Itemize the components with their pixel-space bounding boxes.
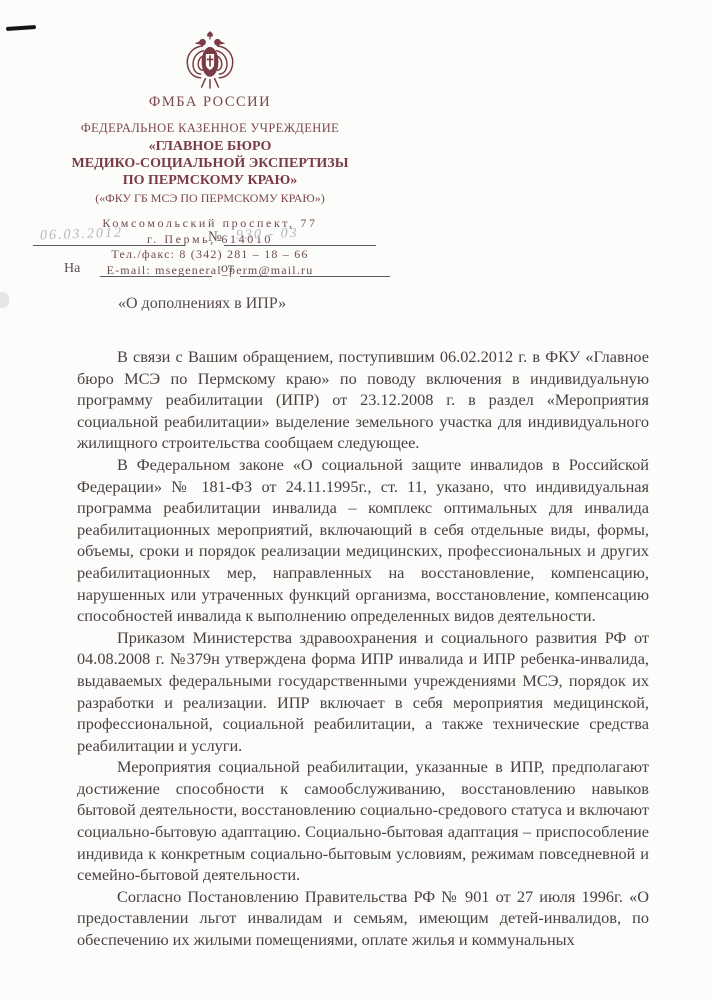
org-abbreviation: («ФКУ ГБ МСЭ ПО ПЕРМСКОМУ КРАЮ») (28, 191, 392, 206)
org-short-name: ФМБА РОССИИ (28, 94, 392, 111)
phone-fax: Тел./факс: 8 (342) 281 – 18 – 66 (28, 247, 392, 263)
paragraph-4: Мероприятия социальной реабилитации, ука… (77, 756, 649, 886)
scanned-letter-page: ФМБА РОССИИ ФЕДЕРАЛЬНОЕ КАЗЕННОЕ УЧРЕЖДЕ… (0, 0, 712, 1000)
paragraph-2: В Федеральном законе «О социальной защит… (77, 454, 649, 627)
handwritten-date: 06.03.2012 (40, 226, 124, 245)
reply-date-underline (240, 276, 390, 277)
org-address-block: Комсомольский проспект, 77 г. Пермь, 614… (28, 216, 392, 278)
org-name: «ГЛАВНОЕ БЮРО МЕДИКО-СОЦИАЛЬНОЙ ЭКСПЕРТИ… (28, 138, 392, 189)
letter-body: В связи с Вашим обращением, поступившим … (77, 346, 649, 951)
fmba-double-headed-eagle-icon (182, 30, 238, 90)
paragraph-1: В связи с Вашим обращением, поступившим … (77, 346, 649, 454)
paragraph-3: Приказом Министерства здравоохранения и … (77, 627, 649, 757)
org-type: ФЕДЕРАЛЬНОЕ КАЗЕННОЕ УЧРЕЖДЕНИЕ (28, 121, 392, 136)
org-name-line2: МЕДИКО-СОЦИАЛЬНОЙ ЭКСПЕРТИЗЫ (28, 155, 392, 172)
scan-edge-smudge (0, 292, 9, 308)
reply-from-label: от (221, 261, 234, 277)
reply-number-underline (100, 276, 212, 277)
number-underline (224, 245, 376, 246)
org-name-line3: ПО ПЕРМСКОМУ КРАЮ» (28, 172, 392, 189)
org-name-line1: «ГЛАВНОЕ БЮРО (28, 138, 392, 155)
reply-to-label: На (64, 261, 80, 277)
letter-subject: «О дополнениях в ИПР» (118, 295, 286, 313)
number-sign-label: № (208, 229, 222, 246)
handwritten-outgoing-number: 930 - 03 (236, 226, 299, 244)
date-underline (33, 245, 185, 246)
paragraph-5: Согласно Постановлению Правительства РФ … (77, 886, 649, 951)
